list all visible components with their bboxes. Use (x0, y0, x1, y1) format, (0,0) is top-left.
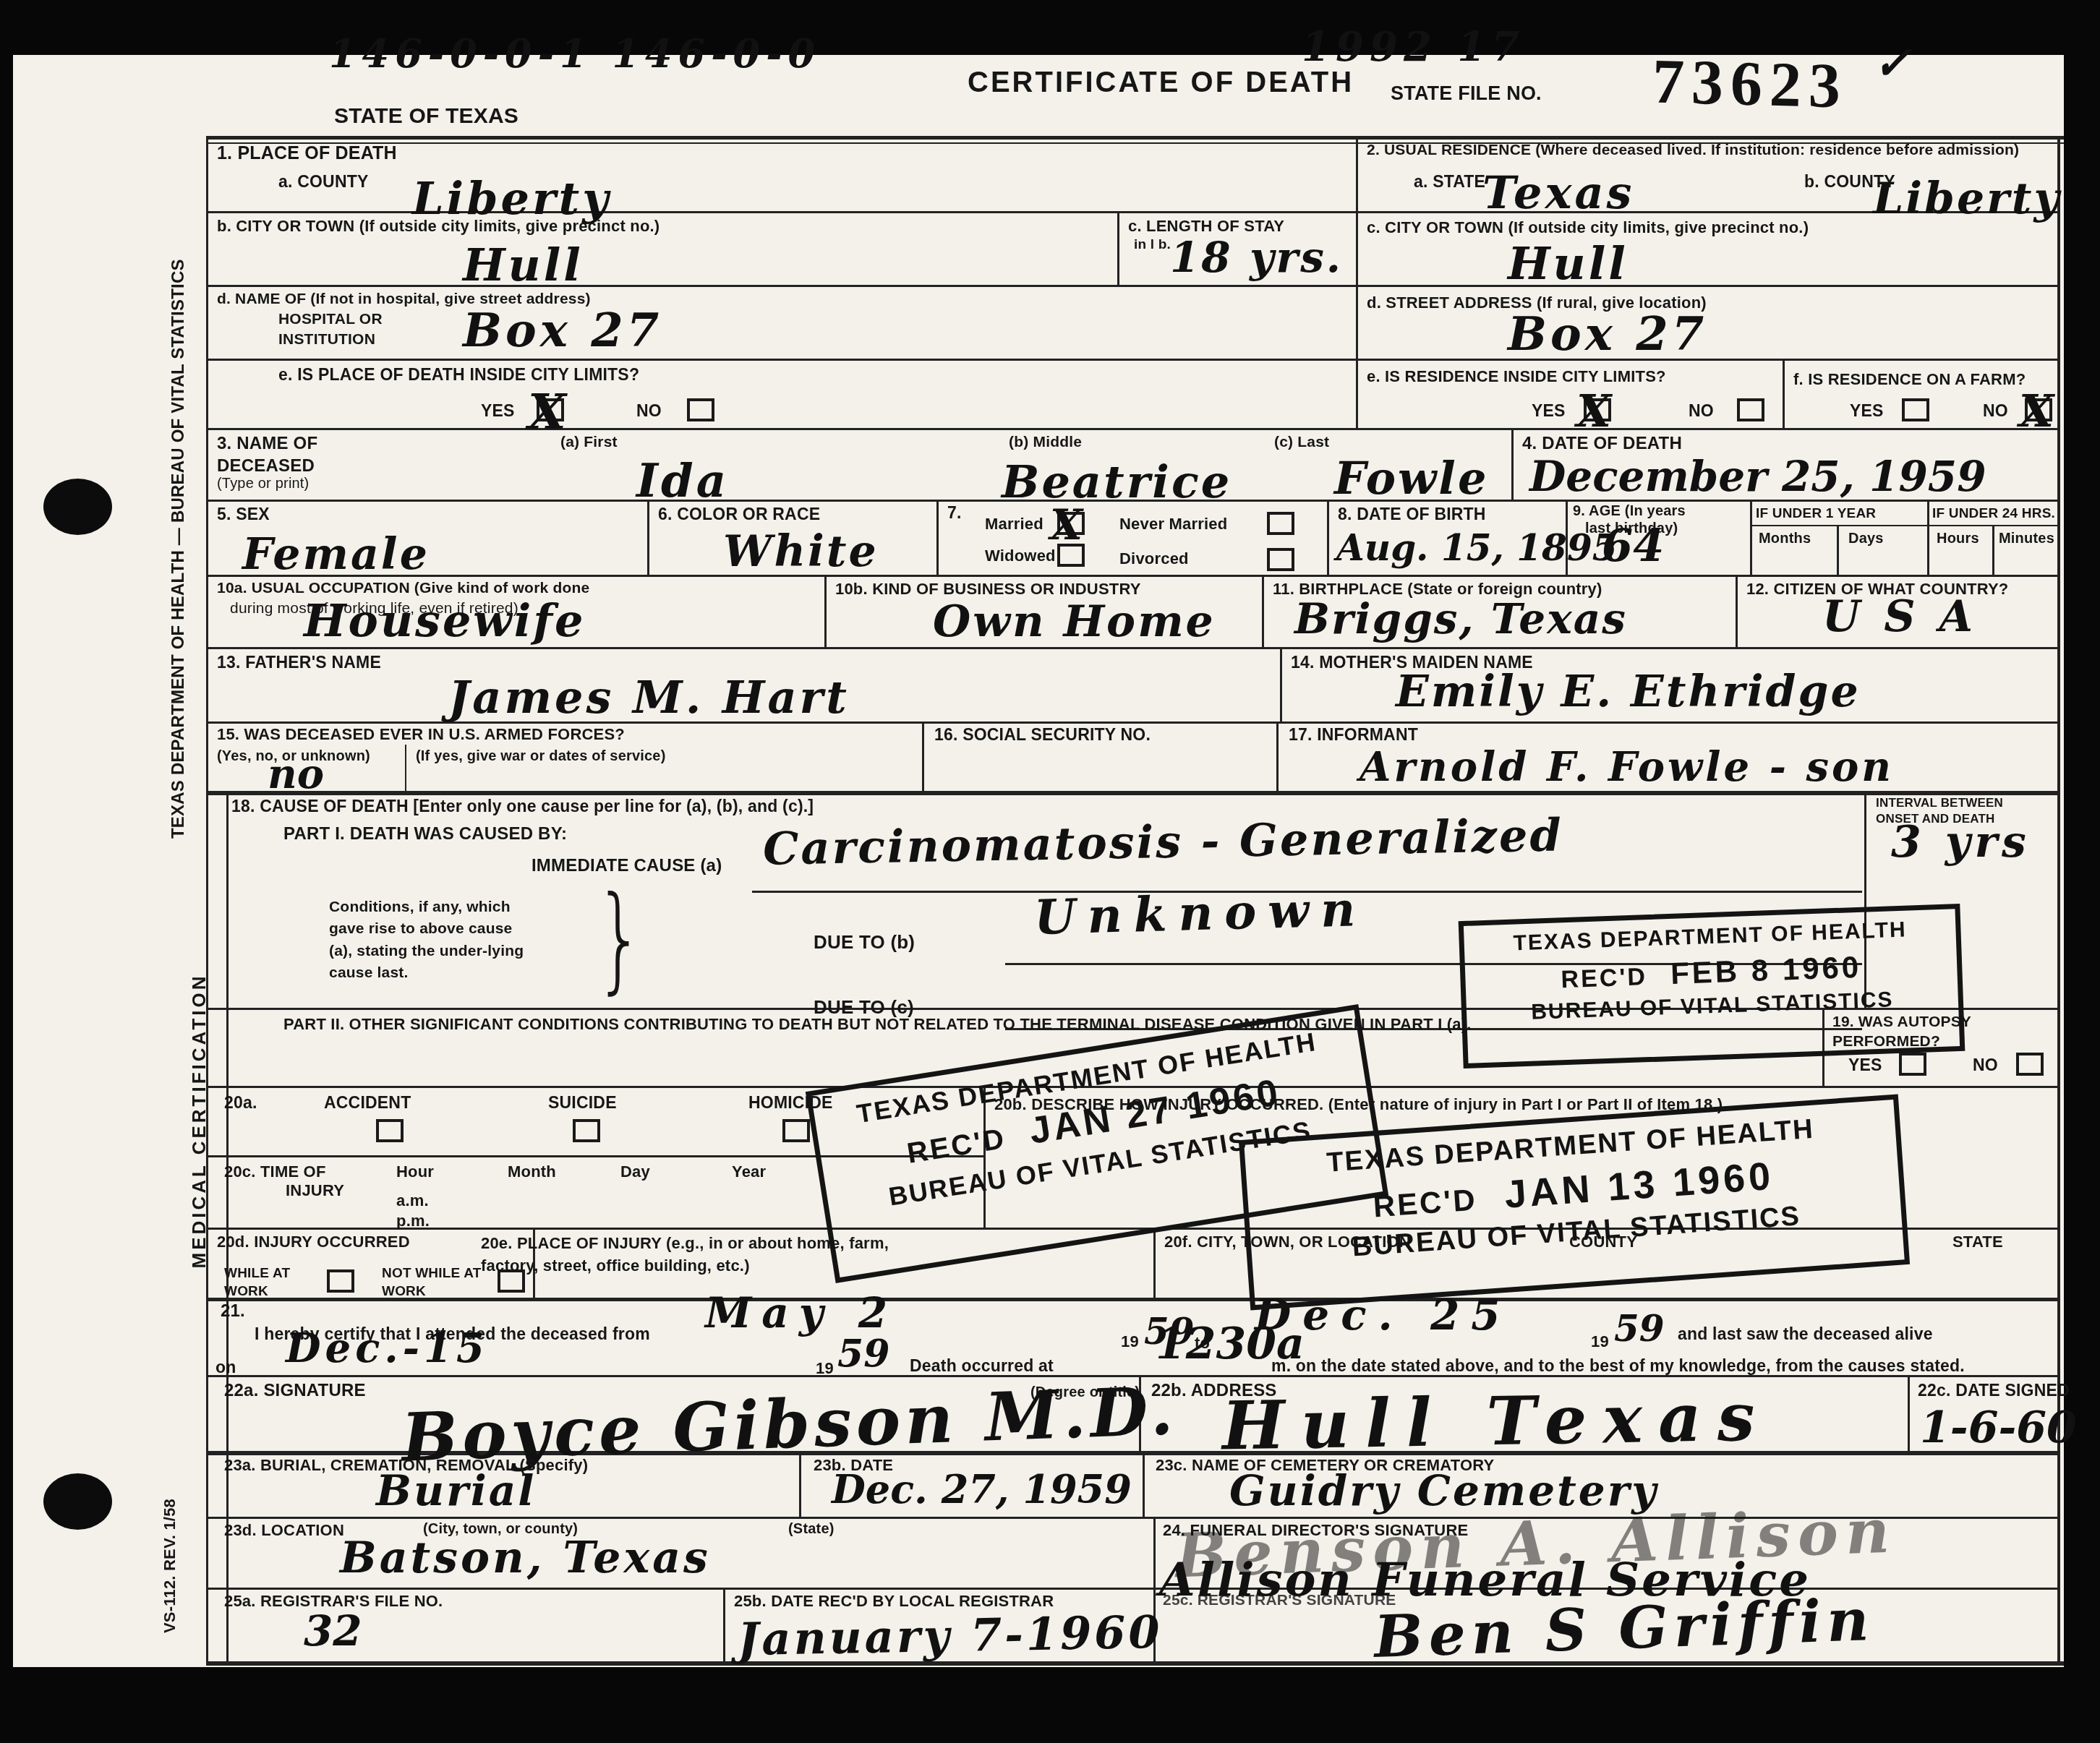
brace-glyph: } (594, 871, 645, 1006)
field-20a-homicide-checkbox (782, 1119, 810, 1142)
field-2e-yes-xmark: X (1576, 385, 1611, 437)
certificate-title: CERTIFICATE OF DEATH (968, 67, 1354, 99)
field-22c-value: 1-6-60 (1920, 1402, 2077, 1453)
field-2e-no-label: NO (1689, 401, 1714, 421)
field-21-death-at-label: Death occurred at (910, 1356, 1054, 1376)
field-2f-no-label: NO (1983, 401, 2008, 421)
field-7-divorced-label: Divorced (1119, 549, 1189, 568)
field-1d-label3: INSTITUTION (278, 331, 375, 348)
field-18-due-b-label: DUE TO (b) (814, 931, 915, 954)
field-1c-value: 18 yrs. (1170, 233, 1343, 282)
stamp-recd-label: REC'D (905, 1123, 1008, 1170)
checkmark: ✓ (1873, 36, 1912, 90)
field-3c-value: Fowle (1334, 452, 1488, 505)
field-20c-am-label: a.m. (396, 1191, 429, 1210)
field-5-value: Female (242, 529, 430, 580)
field-23d-value: Batson, Texas (340, 1533, 711, 1583)
field-25c-label: 25c. REGISTRAR'S SIGNATURE (1163, 1592, 1396, 1609)
field-2b-value: Liberty (1873, 174, 2061, 224)
field-20c-year-label: Year (732, 1162, 766, 1181)
punch-hole-top (43, 479, 112, 535)
field-12-value: U S A (1822, 591, 1977, 642)
field-21-on-year-prefix: 19 (816, 1359, 834, 1378)
field-11-value: Briggs, Texas (1294, 594, 1627, 643)
ledger-codes: 146-0-0-1 146-0-0 (329, 30, 821, 77)
field-2d-value: Box 27 (1508, 307, 1707, 361)
field-20c-day-label: Day (620, 1162, 650, 1181)
field-16-label: 16. SOCIAL SECURITY NO. (934, 725, 1151, 745)
stamp-feb-8-1960: TEXAS DEPARTMENT OF HEALTH REC'D FEB 8 1… (1459, 904, 1965, 1069)
field-18-part1-label: PART I. DEATH WAS CAUSED BY: (283, 824, 567, 844)
field-2e-yes-label: YES (1532, 401, 1566, 421)
field-3-title: 3. NAME OF DECEASED (217, 432, 383, 477)
field-19-yes-label: YES (1848, 1055, 1882, 1075)
field-13-label: 13. FATHER'S NAME (217, 653, 381, 672)
field-2f-yes-checkbox (1902, 398, 1929, 421)
field-14-value: Emily E. Ethridge (1396, 667, 1861, 717)
handwritten-header-note: 1992 17 (1302, 23, 1525, 71)
field-20c-month-label: Month (508, 1162, 556, 1181)
field-3a-label: (a) First (560, 434, 618, 451)
field-20c-hour-label: Hour (396, 1162, 434, 1181)
field-7-married-xmark: X (1050, 500, 1083, 549)
field-25b-value: January 7-1960 (737, 1606, 1163, 1666)
field-21-to-year: 59 (1614, 1307, 1665, 1350)
field-3b-label: (b) Middle (1009, 434, 1082, 451)
field-5-label: 5. SEX (217, 505, 270, 524)
field-1e-label: e. IS PLACE OF DEATH INSIDE CITY LIMITS? (278, 365, 639, 385)
field-1b-label: b. CITY OR TOWN (If outside city limits,… (217, 217, 660, 236)
field-1d-value: Box 27 (463, 304, 662, 358)
field-18-due-b-value: Unknown (1033, 881, 1367, 946)
field-7-widowed-label: Widowed (985, 547, 1056, 565)
field-6-label: 6. COLOR OR RACE (658, 505, 820, 524)
field-18-label: 18. CAUSE OF DEATH [Enter only one cause… (231, 797, 814, 816)
punch-hole-bottom (43, 1473, 112, 1530)
field-15-label: 15. WAS DECEASED EVER IN U.S. ARMED FORC… (217, 725, 625, 744)
field-21-to-year-prefix: 19 (1591, 1332, 1609, 1351)
field-20a-suicide-label: SUICIDE (548, 1093, 617, 1113)
margin-dept-text: TEXAS DEPARTMENT OF HEALTH — BUREAU OF V… (168, 289, 189, 839)
field-7-never-checkbox (1267, 512, 1294, 535)
field-9-hours-label: Hours (1937, 531, 1979, 547)
field-4-value: December 25, 1959 (1529, 452, 1986, 501)
field-19-yes-checkbox (1899, 1053, 1926, 1076)
field-1e-no-label: NO (636, 401, 662, 421)
field-20f-state-label: STATE (1952, 1233, 2003, 1251)
field-7-widowed-checkbox (1057, 544, 1085, 567)
field-2c-value: Hull (1508, 237, 1629, 290)
field-2f-label: f. IS RESIDENCE ON A FARM? (1793, 370, 2026, 389)
field-2-title: 2. USUAL RESIDENCE (Where deceased lived… (1367, 142, 2019, 159)
stamp-recd-label: REC'D (1561, 963, 1648, 993)
field-2f-yes-label: YES (1850, 401, 1884, 421)
field-20d-label: 20d. INJURY OCCURRED (217, 1233, 410, 1251)
field-20a-accident-checkbox (376, 1119, 404, 1142)
field-3-sublabel: (Type or print) (217, 476, 309, 492)
field-15-sub2: (If yes, give war or dates of service) (416, 748, 666, 765)
field-21-from-year-prefix: 19 (1121, 1332, 1139, 1351)
state-of-texas-label: STATE OF TEXAS (334, 104, 518, 129)
field-20a-label: 20a. (224, 1093, 257, 1113)
stamp-recd-label: REC'D (1372, 1182, 1478, 1223)
field-9-under24-label: IF UNDER 24 HRS. (1932, 506, 2055, 522)
field-20d-while-label: WHILE AT WORK (224, 1265, 311, 1301)
field-13-value: James M. Hart (448, 671, 850, 724)
field-8-value: Aug. 15, 1895 (1336, 526, 1617, 569)
field-7-married-label: Married (985, 515, 1043, 534)
scanned-death-certificate: TEXAS DEPARTMENT OF HEALTH — BUREAU OF V… (0, 0, 2100, 1743)
field-3c-label: (c) Last (1274, 434, 1329, 451)
field-20a-suicide-checkbox (573, 1119, 600, 1142)
field-9-minutes-label: Minutes (1999, 531, 2054, 547)
field-7-never-label: Never Married (1119, 515, 1227, 534)
field-1e-yes-label: YES (481, 401, 515, 421)
field-3b-value: Beatrice (1002, 455, 1232, 508)
field-18-conditions-note: Conditions, if any, which gave rise to a… (329, 896, 539, 985)
field-1a-label: a. COUNTY (278, 172, 368, 192)
stamp-feb8-date: FEB 8 1960 (1670, 950, 1862, 990)
field-21-on-year: 59 (837, 1332, 889, 1376)
field-9-value: 64 (1602, 519, 1664, 572)
field-18-interval-value: 3 yrs (1891, 817, 2031, 868)
field-22a-label: 22a. SIGNATURE (224, 1381, 366, 1401)
field-2a-label: a. STATE (1414, 172, 1485, 192)
field-21-certify3: m. on the date stated above, and to the … (1271, 1356, 1965, 1376)
field-20c-label2: INJURY (286, 1181, 344, 1200)
field-7-label: 7. (947, 503, 962, 523)
field-21-from-value: May 2 (705, 1288, 897, 1337)
state-file-number: 73623 (1652, 45, 1849, 123)
field-1-title: 1. PLACE OF DEATH (217, 143, 397, 164)
margin-form-number: VS-112. REV. 1/58 (161, 1472, 179, 1660)
field-9-under1-label: IF UNDER 1 YEAR (1756, 506, 1876, 522)
field-21-certify2: and last saw the deceased alive (1678, 1324, 1933, 1344)
field-9-label1: 9. AGE (In years (1573, 503, 1686, 520)
field-2e-label: e. IS RESIDENCE INSIDE CITY LIMITS? (1367, 367, 1666, 386)
field-4-label: 4. DATE OF DEATH (1522, 434, 1682, 454)
field-3a-value: Ida (636, 454, 729, 508)
state-file-no-label: STATE FILE NO. (1391, 82, 1542, 105)
field-10a-value: Housewife (304, 594, 585, 647)
field-21-on-word: on (215, 1358, 236, 1377)
field-20c-label1: 20c. TIME OF (224, 1162, 326, 1181)
field-20d-notwhile-label: NOT WHILE AT WORK (382, 1265, 483, 1301)
field-1e-yes-xmark: X (528, 383, 566, 441)
field-20d-while-checkbox (327, 1269, 354, 1293)
field-9-days-label: Days (1848, 531, 1884, 547)
field-19-no-checkbox (2016, 1053, 2044, 1076)
field-23a-value: Burial (376, 1466, 536, 1515)
field-15-value: no (268, 750, 324, 798)
field-2e-no-checkbox (1737, 398, 1764, 421)
field-19-no-label: NO (1973, 1055, 1998, 1075)
field-1b-value: Hull (463, 239, 584, 291)
field-2a-value: Texas (1482, 166, 1635, 219)
field-10b-value: Own Home (933, 596, 1216, 647)
field-21-number: 21. (221, 1301, 245, 1322)
field-23d-sub2: (State) (788, 1521, 835, 1538)
field-25a-value: 32 (304, 1606, 362, 1656)
field-17-label: 17. INFORMANT (1289, 725, 1418, 745)
field-7-divorced-checkbox (1267, 548, 1294, 571)
field-21-on-value: Dec.-15 (286, 1324, 489, 1372)
field-17-value: Arnold F. Fowle - son (1360, 743, 1894, 791)
field-8-label: 8. DATE OF BIRTH (1338, 505, 1486, 524)
field-1c-sublabel: in l b. (1134, 237, 1171, 253)
field-20a-accident-label: ACCIDENT (324, 1093, 411, 1113)
field-2f-no-xmark: X (2019, 385, 2054, 437)
field-22b-value: Hull Texas (1221, 1377, 1771, 1465)
field-9-months-label: Months (1759, 531, 1811, 547)
field-1e-no-checkbox (687, 398, 714, 421)
field-6-value: White (723, 526, 879, 577)
field-23b-value: Dec. 27, 1959 (832, 1466, 1132, 1512)
field-20c-pm-label: p.m. (396, 1212, 430, 1230)
field-2c-label: c. CITY OR TOWN (If outside city limits,… (1367, 218, 1809, 237)
field-23d-label: 23d. LOCATION (224, 1521, 344, 1540)
field-22c-label: 22c. DATE SIGNED (1918, 1381, 2070, 1400)
field-1d-label2: HOSPITAL OR (278, 311, 383, 328)
